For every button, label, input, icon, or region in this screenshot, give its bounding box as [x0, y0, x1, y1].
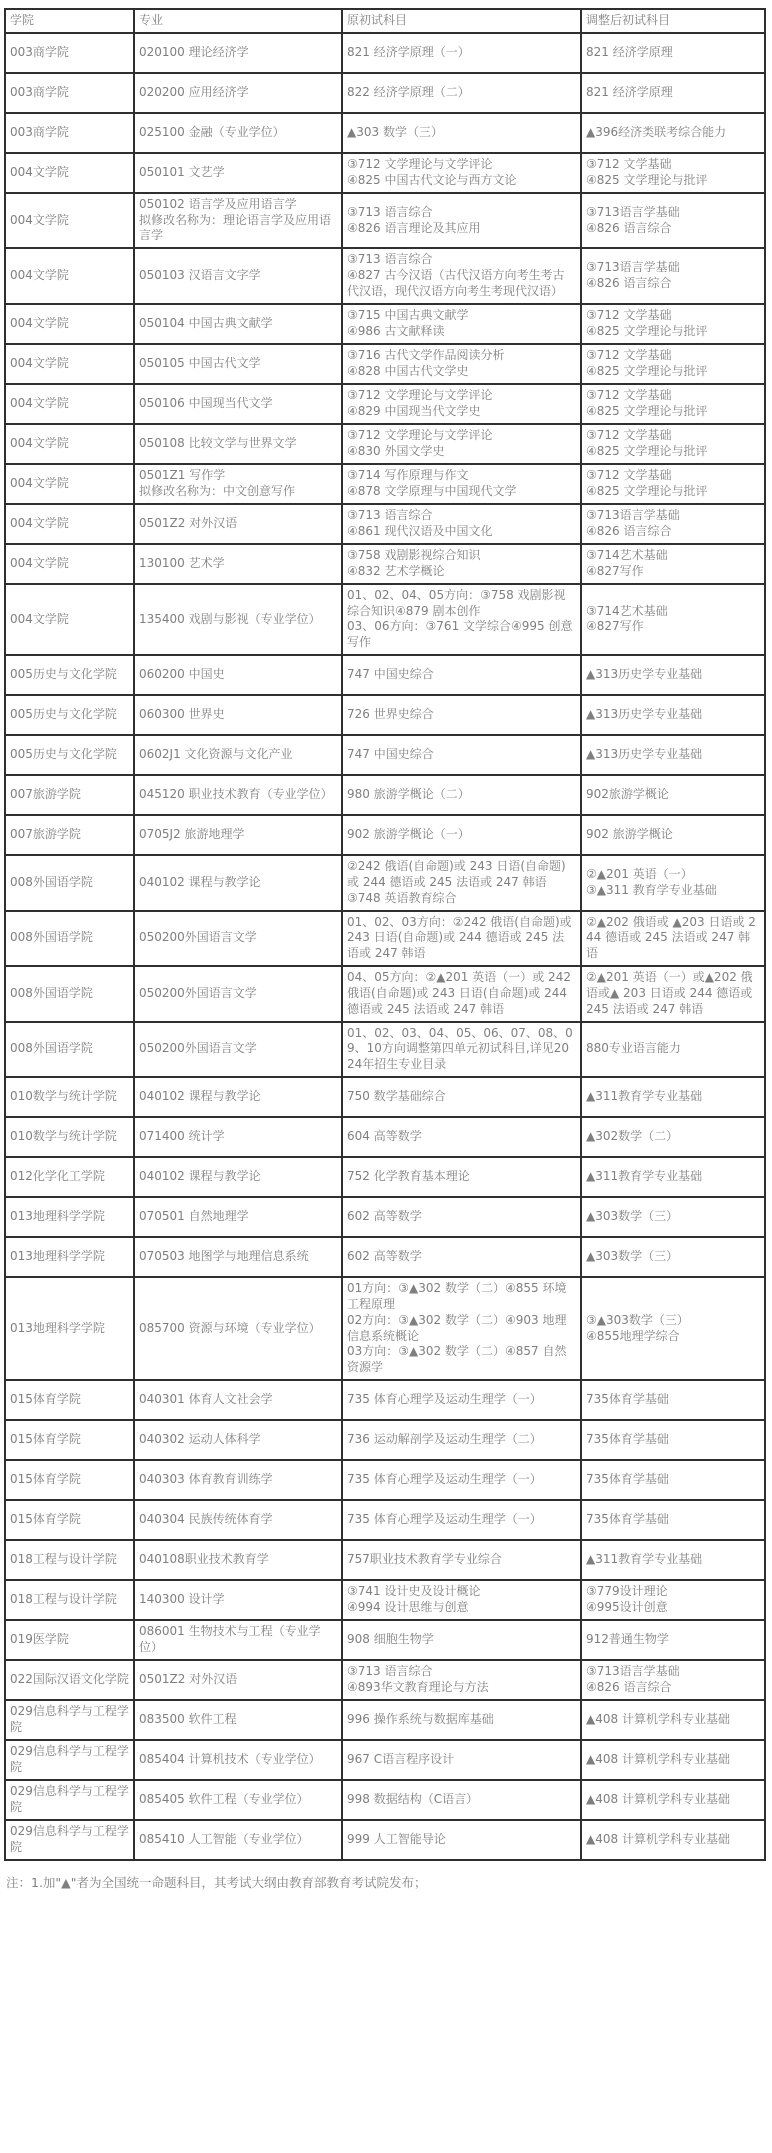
table-cell: 004文学院	[5, 544, 134, 584]
table-cell: 015体育学院	[5, 1380, 134, 1420]
table-row: 004文学院050106 中国现当代文学③712 文学理论与文学评论 ④829 …	[5, 384, 765, 424]
table-cell: ▲311教育学专业基础	[581, 1157, 765, 1197]
footnote: 注：1.加"▲"者为全国统一命题科目，其考试大纲由教育部教育考试院发布；	[6, 1875, 767, 1891]
table-row: 013地理科学学院085700 资源与环境（专业学位）01方向：③▲302 数学…	[5, 1277, 765, 1380]
table-cell: ③713语言学基础 ④826 语言综合	[581, 248, 765, 303]
table-row: 004文学院050101 文艺学③712 文学理论与文学评论 ④825 中国古代…	[5, 153, 765, 193]
table-cell: ▲408 计算机学科专业基础	[581, 1740, 765, 1780]
table-cell: 821 经济学原理	[581, 33, 765, 73]
table-cell: 083500 软件工程	[134, 1700, 342, 1740]
table-cell: 012化学化工学院	[5, 1157, 134, 1197]
table-row: 007旅游学院045120 职业技术教育（专业学位）980 旅游学概论（二）90…	[5, 775, 765, 815]
table-cell: 040304 民族传统体育学	[134, 1500, 342, 1540]
table-cell: 020100 理论经济学	[134, 33, 342, 73]
table-cell: ②242 俄语(自命题)或 243 日语(自命题)或 244 德语或 245 法…	[342, 855, 581, 910]
table-cell: 022国际汉语文化学院	[5, 1660, 134, 1700]
table-row: 018工程与设计学院040108职业技术教育学757职业技术教育学专业综合▲31…	[5, 1540, 765, 1580]
table-cell: 029信息科学与工程学院	[5, 1700, 134, 1740]
table-cell: ③713语言学基础 ④826 语言综合	[581, 1660, 765, 1700]
table-cell: 0501Z2 对外汉语	[134, 504, 342, 544]
table-cell: ③713语言学基础 ④826 语言综合	[581, 193, 765, 248]
table-body: 003商学院020100 理论经济学821 经济学原理（一）821 经济学原理0…	[5, 33, 765, 1860]
table-cell: 008外国语学院	[5, 1022, 134, 1077]
table-cell: 822 经济学原理（二）	[342, 73, 581, 113]
table-cell: ▲303 数学（三）	[342, 113, 581, 153]
table-cell: 726 世界史综合	[342, 695, 581, 735]
table-cell: 735体育学基础	[581, 1380, 765, 1420]
table-row: 005历史与文化学院0602J1 文化资源与文化产业747 中国史综合▲313历…	[5, 735, 765, 775]
table-cell: 912普通生物学	[581, 1620, 765, 1660]
table-cell: ▲311教育学专业基础	[581, 1540, 765, 1580]
column-header-original-subjects: 原初试科目	[342, 9, 581, 33]
table-cell: 050200外国语言文学	[134, 1022, 342, 1077]
table-cell: 050102 语言学及应用语言学 拟修改名称为：理论语言学及应用语言学	[134, 193, 342, 248]
table-cell: ▲408 计算机学科专业基础	[581, 1700, 765, 1740]
table-row: 004文学院050103 汉语言文字学③713 语言综合 ④827 古今汉语（古…	[5, 248, 765, 303]
table-cell: 010数学与统计学院	[5, 1077, 134, 1117]
table-cell: 902 旅游学概论	[581, 815, 765, 855]
table-cell: 050104 中国古典文献学	[134, 304, 342, 344]
table-row: 008外国语学院050200外国语言文学04、05方向：②▲201 英语（一）或…	[5, 966, 765, 1021]
table-cell: ③712 文学理论与文学评论 ④830 外国文学史	[342, 424, 581, 464]
table-cell: 747 中国史综合	[342, 655, 581, 695]
table-cell: ▲303数学（三）	[581, 1197, 765, 1237]
table-cell: ③716 古代文学作品阅读分析 ④828 中国古代文学史	[342, 344, 581, 384]
table-cell: 050200外国语言文学	[134, 911, 342, 966]
table-cell: 902 旅游学概论（一）	[342, 815, 581, 855]
table-row: 013地理科学学院070503 地图学与地理信息系统602 高等数学▲303数学…	[5, 1237, 765, 1277]
table-row: 015体育学院040304 民族传统体育学735 体育心理学及运动生理学（一）7…	[5, 1500, 765, 1540]
table-row: 029信息科学与工程学院085404 计算机技术（专业学位）967 C语言程序设…	[5, 1740, 765, 1780]
table-row: 008外国语学院050200外国语言文学01、02、03、04、05、06、07…	[5, 1022, 765, 1077]
table-cell: 004文学院	[5, 504, 134, 544]
table-cell: 0501Z1 写作学 拟修改名称为：中文创意写作	[134, 464, 342, 504]
table-cell: 821 经济学原理	[581, 73, 765, 113]
table-cell: 01、02、04、05方向：③758 戏剧影视综合知识④879 剧本创作 03、…	[342, 584, 581, 655]
table-cell: 821 经济学原理（一）	[342, 33, 581, 73]
table-row: 004文学院050104 中国古典文献学③715 中国古典文献学 ④986 古文…	[5, 304, 765, 344]
table-cell: 050108 比较文学与世界文学	[134, 424, 342, 464]
table-cell: 004文学院	[5, 304, 134, 344]
table-row: 003商学院020100 理论经济学821 经济学原理（一）821 经济学原理	[5, 33, 765, 73]
table-cell: ③741 设计史及设计概论 ④994 设计思维与创意	[342, 1580, 581, 1620]
table-cell: ②▲201 英语（一）或▲202 俄语或▲ 203 日语或 244 德语或 24…	[581, 966, 765, 1021]
table-cell: 045120 职业技术教育（专业学位）	[134, 775, 342, 815]
table-cell: 130100 艺术学	[134, 544, 342, 584]
table-row: 012化学化工学院040102 课程与教学论752 化学教育基本理论▲311教育…	[5, 1157, 765, 1197]
table-cell: ③712 文学基础 ④825 文学理论与批评	[581, 153, 765, 193]
table-cell: 996 操作系统与数据库基础	[342, 1700, 581, 1740]
table-cell: 735 体育心理学及运动生理学（一）	[342, 1460, 581, 1500]
table-cell: 015体育学院	[5, 1500, 134, 1540]
column-header-college: 学院	[5, 9, 134, 33]
table-row: 029信息科学与工程学院085410 人工智能（专业学位）999 人工智能导论▲…	[5, 1820, 765, 1860]
table-row: 003商学院025100 金融（专业学位）▲303 数学（三）▲396经济类联考…	[5, 113, 765, 153]
table-cell: ③712 文学基础 ④825 文学理论与批评	[581, 464, 765, 504]
table-cell: 005历史与文化学院	[5, 695, 134, 735]
table-cell: ③712 文学基础 ④825 文学理论与批评	[581, 344, 765, 384]
table-cell: 040108职业技术教育学	[134, 1540, 342, 1580]
table-cell: ▲311教育学专业基础	[581, 1077, 765, 1117]
table-row: 004文学院135400 戏剧与影视（专业学位）01、02、04、05方向：③7…	[5, 584, 765, 655]
table-cell: 735体育学基础	[581, 1460, 765, 1500]
table-cell: ③713 语言综合 ④861 现代汉语及中国文化	[342, 504, 581, 544]
table-cell: 0501Z2 对外汉语	[134, 1660, 342, 1700]
table-cell: 070501 自然地理学	[134, 1197, 342, 1237]
table-cell: 060200 中国史	[134, 655, 342, 695]
table-cell: 757职业技术教育学专业综合	[342, 1540, 581, 1580]
table-cell: ③▲303数学（三） ④855地理学综合	[581, 1277, 765, 1380]
table-cell: 040301 体育人文社会学	[134, 1380, 342, 1420]
table-cell: 140300 设计学	[134, 1580, 342, 1620]
table-header-row: 学院 专业 原初试科目 调整后初试科目	[5, 9, 765, 33]
table-cell: ③779设计理论 ④995设计创意	[581, 1580, 765, 1620]
table-cell: 040102 课程与教学论	[134, 1077, 342, 1117]
table-cell: 029信息科学与工程学院	[5, 1820, 134, 1860]
table-cell: 015体育学院	[5, 1460, 134, 1500]
table-cell: 008外国语学院	[5, 966, 134, 1021]
table-cell: ③758 戏剧影视综合知识 ④832 艺术学概论	[342, 544, 581, 584]
table-cell: 0602J1 文化资源与文化产业	[134, 735, 342, 775]
table-cell: 003商学院	[5, 113, 134, 153]
table-row: 004文学院050108 比较文学与世界文学③712 文学理论与文学评论 ④83…	[5, 424, 765, 464]
table-cell: 086001 生物技术与工程（专业学位）	[134, 1620, 342, 1660]
table-cell: 050101 文艺学	[134, 153, 342, 193]
table-cell: 01、02、03、04、05、06、07、08、09、10方向调整第四单元初试科…	[342, 1022, 581, 1077]
table-cell: 050103 汉语言文字学	[134, 248, 342, 303]
table-cell: 040102 课程与教学论	[134, 1157, 342, 1197]
table-cell: 880专业语言能力	[581, 1022, 765, 1077]
table-cell: ③712 文学理论与文学评论 ④829 中国现当代文学史	[342, 384, 581, 424]
table-cell: 980 旅游学概论（二）	[342, 775, 581, 815]
table-row: 004文学院130100 艺术学③758 戏剧影视综合知识 ④832 艺术学概论…	[5, 544, 765, 584]
table-cell: 019医学院	[5, 1620, 134, 1660]
table-cell: 085410 人工智能（专业学位）	[134, 1820, 342, 1860]
table-cell: 735 体育心理学及运动生理学（一）	[342, 1500, 581, 1540]
table-row: 004文学院050105 中国古代文学③716 古代文学作品阅读分析 ④828 …	[5, 344, 765, 384]
table-cell: ③714艺术基础 ④827写作	[581, 584, 765, 655]
table-cell: 008外国语学院	[5, 911, 134, 966]
table-row: 019医学院086001 生物技术与工程（专业学位）908 细胞生物学912普通…	[5, 1620, 765, 1660]
table-cell: 005历史与文化学院	[5, 735, 134, 775]
table-row: 004文学院0501Z2 对外汉语③713 语言综合 ④861 现代汉语及中国文…	[5, 504, 765, 544]
table-cell: 0705J2 旅游地理学	[134, 815, 342, 855]
table-cell: ▲313历史学专业基础	[581, 695, 765, 735]
table-cell: 003商学院	[5, 73, 134, 113]
table-cell: 020200 应用经济学	[134, 73, 342, 113]
table-cell: 735体育学基础	[581, 1420, 765, 1460]
table-cell: 050105 中国古代文学	[134, 344, 342, 384]
table-cell: 735体育学基础	[581, 1500, 765, 1540]
table-cell: 967 C语言程序设计	[342, 1740, 581, 1780]
table-row: 010数学与统计学院071400 统计学604 高等数学▲302数学（二）	[5, 1117, 765, 1157]
table-row: 013地理科学学院070501 自然地理学602 高等数学▲303数学（三）	[5, 1197, 765, 1237]
table-row: 005历史与文化学院060200 中国史747 中国史综合▲313历史学专业基础	[5, 655, 765, 695]
table-row: 004文学院0501Z1 写作学 拟修改名称为：中文创意写作③714 写作原理与…	[5, 464, 765, 504]
table-cell: 004文学院	[5, 248, 134, 303]
table-cell: 060300 世界史	[134, 695, 342, 735]
table-cell: ③712 文学基础 ④825 文学理论与批评	[581, 304, 765, 344]
table-cell: 750 数学基础综合	[342, 1077, 581, 1117]
table-cell: 003商学院	[5, 33, 134, 73]
table-row: 015体育学院040302 运动人体科学736 运动解剖学及运动生理学（二）73…	[5, 1420, 765, 1460]
table-cell: 004文学院	[5, 153, 134, 193]
table-cell: ③714艺术基础 ④827写作	[581, 544, 765, 584]
table-cell: 050106 中国现当代文学	[134, 384, 342, 424]
table-cell: 013地理科学学院	[5, 1237, 134, 1277]
table-cell: ▲396经济类联考综合能力	[581, 113, 765, 153]
table-cell: 040102 课程与教学论	[134, 855, 342, 910]
table-cell: 018工程与设计学院	[5, 1540, 134, 1580]
table-cell: 085404 计算机技术（专业学位）	[134, 1740, 342, 1780]
table-cell: 004文学院	[5, 193, 134, 248]
table-row: 015体育学院040301 体育人文社会学735 体育心理学及运动生理学（一）7…	[5, 1380, 765, 1420]
table-cell: 04、05方向：②▲201 英语（一）或 242 俄语(自命题)或 243 日语…	[342, 966, 581, 1021]
table-cell: 01、02、03方向：②242 俄语(自命题)或 243 日语(自命题)或 24…	[342, 911, 581, 966]
table-cell: ③715 中国古典文献学 ④986 古文献释读	[342, 304, 581, 344]
table-cell: 752 化学教育基本理论	[342, 1157, 581, 1197]
table-cell: 085405 软件工程（专业学位）	[134, 1780, 342, 1820]
table-row: 018工程与设计学院140300 设计学③741 设计史及设计概论 ④994 设…	[5, 1580, 765, 1620]
table-cell: 004文学院	[5, 424, 134, 464]
table-row: 008外国语学院050200外国语言文学01、02、03方向：②242 俄语(自…	[5, 911, 765, 966]
table-cell: ▲313历史学专业基础	[581, 735, 765, 775]
table-cell: ▲408 计算机学科专业基础	[581, 1820, 765, 1860]
column-header-major: 专业	[134, 9, 342, 33]
table-cell: 071400 统计学	[134, 1117, 342, 1157]
table-cell: ③713语言学基础 ④826 语言综合	[581, 504, 765, 544]
table-cell: 029信息科学与工程学院	[5, 1740, 134, 1780]
table-cell: 010数学与统计学院	[5, 1117, 134, 1157]
table-cell: 050200外国语言文学	[134, 966, 342, 1021]
table-cell: ②▲201 英语（一） ③▲311 教育学专业基础	[581, 855, 765, 910]
table-cell: 004文学院	[5, 344, 134, 384]
table-cell: 085700 资源与环境（专业学位）	[134, 1277, 342, 1380]
table-cell: 735 体育心理学及运动生理学（一）	[342, 1380, 581, 1420]
table-row: 010数学与统计学院040102 课程与教学论750 数学基础综合▲311教育学…	[5, 1077, 765, 1117]
table-cell: 902旅游学概论	[581, 775, 765, 815]
table-cell: 040303 体育教育训练学	[134, 1460, 342, 1500]
table-cell: 070503 地图学与地理信息系统	[134, 1237, 342, 1277]
table-cell: ③712 文学基础 ④825 文学理论与批评	[581, 384, 765, 424]
table-cell: 008外国语学院	[5, 855, 134, 910]
table-cell: 01方向：③▲302 数学（二）④855 环境工程原理 02方向：③▲302 数…	[342, 1277, 581, 1380]
table-cell: 604 高等数学	[342, 1117, 581, 1157]
table-row: 005历史与文化学院060300 世界史726 世界史综合▲313历史学专业基础	[5, 695, 765, 735]
table-cell: 005历史与文化学院	[5, 655, 134, 695]
table-cell: ③713 语言综合 ④827 古今汉语（古代汉语方向考生考古代汉语，现代汉语方向…	[342, 248, 581, 303]
table-cell: 004文学院	[5, 464, 134, 504]
table-cell: 736 运动解剖学及运动生理学（二）	[342, 1420, 581, 1460]
table-cell: 013地理科学学院	[5, 1277, 134, 1380]
table-cell: ③713 语言综合 ④826 语言理论及其应用	[342, 193, 581, 248]
table-cell: 999 人工智能导论	[342, 1820, 581, 1860]
table-cell: 747 中国史综合	[342, 735, 581, 775]
table-cell: 015体育学院	[5, 1420, 134, 1460]
table-cell: 029信息科学与工程学院	[5, 1780, 134, 1820]
table-cell: 007旅游学院	[5, 775, 134, 815]
table-cell: ③712 文学基础 ④825 文学理论与批评	[581, 424, 765, 464]
table-cell: ③712 文学理论与文学评论 ④825 中国古代文论与西方文论	[342, 153, 581, 193]
table-row: 007旅游学院0705J2 旅游地理学902 旅游学概论（一）902 旅游学概论	[5, 815, 765, 855]
table-cell: ▲408 计算机学科专业基础	[581, 1780, 765, 1820]
table-cell: ③714 写作原理与作文 ④878 文学原理与中国现代文学	[342, 464, 581, 504]
table-row: 029信息科学与工程学院083500 软件工程996 操作系统与数据库基础▲40…	[5, 1700, 765, 1740]
table-row: 008外国语学院040102 课程与教学论②242 俄语(自命题)或 243 日…	[5, 855, 765, 910]
table-cell: 004文学院	[5, 584, 134, 655]
column-header-adjusted-subjects: 调整后初试科目	[581, 9, 765, 33]
table-cell: 998 数据结构（C语言）	[342, 1780, 581, 1820]
table-cell: 004文学院	[5, 384, 134, 424]
table-cell: 135400 戏剧与影视（专业学位）	[134, 584, 342, 655]
exam-subjects-table: 学院 专业 原初试科目 调整后初试科目 003商学院020100 理论经济学82…	[4, 8, 766, 1861]
table-cell: ③713 语言综合 ④893华文教育理论与方法	[342, 1660, 581, 1700]
table-cell: ②▲202 俄语或 ▲203 日语或 244 德语或 245 法语或 247 韩…	[581, 911, 765, 966]
table-row: 029信息科学与工程学院085405 软件工程（专业学位）998 数据结构（C语…	[5, 1780, 765, 1820]
table-row: 015体育学院040303 体育教育训练学735 体育心理学及运动生理学（一）7…	[5, 1460, 765, 1500]
table-cell: 602 高等数学	[342, 1197, 581, 1237]
table-cell: 007旅游学院	[5, 815, 134, 855]
table-cell: 602 高等数学	[342, 1237, 581, 1277]
table-cell: 013地理科学学院	[5, 1197, 134, 1237]
table-cell: 040302 运动人体科学	[134, 1420, 342, 1460]
table-row: 022国际汉语文化学院0501Z2 对外汉语③713 语言综合 ④893华文教育…	[5, 1660, 765, 1700]
table-cell: ▲303数学（三）	[581, 1237, 765, 1277]
table-cell: 025100 金融（专业学位）	[134, 113, 342, 153]
table-cell: ▲302数学（二）	[581, 1117, 765, 1157]
table-row: 004文学院050102 语言学及应用语言学 拟修改名称为：理论语言学及应用语言…	[5, 193, 765, 248]
table-cell: 908 细胞生物学	[342, 1620, 581, 1660]
table-cell: 018工程与设计学院	[5, 1580, 134, 1620]
table-cell: ▲313历史学专业基础	[581, 655, 765, 695]
table-row: 003商学院020200 应用经济学822 经济学原理（二）821 经济学原理	[5, 73, 765, 113]
